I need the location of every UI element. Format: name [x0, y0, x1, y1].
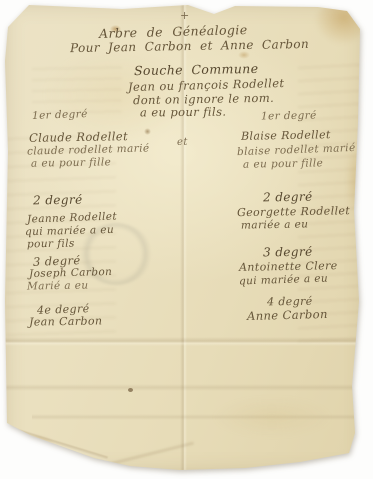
corner-fold-crease [101, 442, 194, 468]
left-degree-4-line: Jean Carbon [29, 314, 103, 328]
horizontal-crease [2, 337, 367, 346]
connector-et: et [177, 137, 188, 148]
left-degree-3-line: Marié a eu [27, 279, 89, 292]
stain [238, 51, 250, 59]
manuscript-photo: + Arbre de Généalogie Pour Jean Carbon e… [0, 0, 373, 479]
paper-surface: + Arbre de Généalogie Pour Jean Carbon e… [2, 1, 367, 475]
stain [18, 435, 54, 455]
right-degree-3-line: qui mariée a eu [239, 272, 328, 287]
right-degree-1-label: 1er degré [261, 110, 317, 123]
souche-heading: Souche Commune [134, 61, 259, 78]
right-degree-1-line: a eu pour fille [243, 157, 323, 170]
left-degree-2-line: qui mariée a eu [25, 224, 114, 238]
left-degree-1-line: a eu pour fille [31, 156, 111, 169]
title-line-2: Pour Jean Carbon et Anne Carbon [70, 37, 309, 55]
left-degree-2-line: pour fils [27, 238, 75, 251]
right-degree-2-label: 2 degré [263, 190, 313, 205]
horizontal-crease [32, 414, 367, 420]
right-degree-3-label: 3 degré [263, 245, 313, 260]
right-degree-4-line: Anne Carbon [247, 307, 328, 323]
left-degree-3-line: Joseph Carbon [29, 266, 113, 280]
right-degree-2-line: mariée a eu [241, 218, 309, 231]
horizontal-crease [2, 384, 367, 391]
left-degree-2-label: 2 degré [33, 193, 83, 208]
left-degree-1-label: 1er degré [32, 108, 88, 122]
corner-fold-crease [3, 425, 107, 460]
stain [212, 397, 332, 437]
stain [314, 3, 364, 45]
right-degree-1-line: Blaise Rodellet [241, 128, 331, 143]
cross-mark: + [180, 9, 190, 22]
souche-line-3: a eu pour fils. [140, 105, 227, 120]
left-degree-1-line: claude rodellet marié [27, 142, 150, 157]
paper-sheet: + Arbre de Généalogie Pour Jean Carbon e… [2, 1, 367, 475]
corner-fold-crease [7, 0, 32, 9]
right-degree-1-line: blaise rodellet marié [237, 142, 356, 158]
ink-speck [128, 388, 133, 392]
stain [144, 128, 151, 135]
right-degree-2-line: Georgette Rodellet qui [237, 204, 373, 219]
right-degree-4-label: 4 degré [267, 295, 313, 309]
